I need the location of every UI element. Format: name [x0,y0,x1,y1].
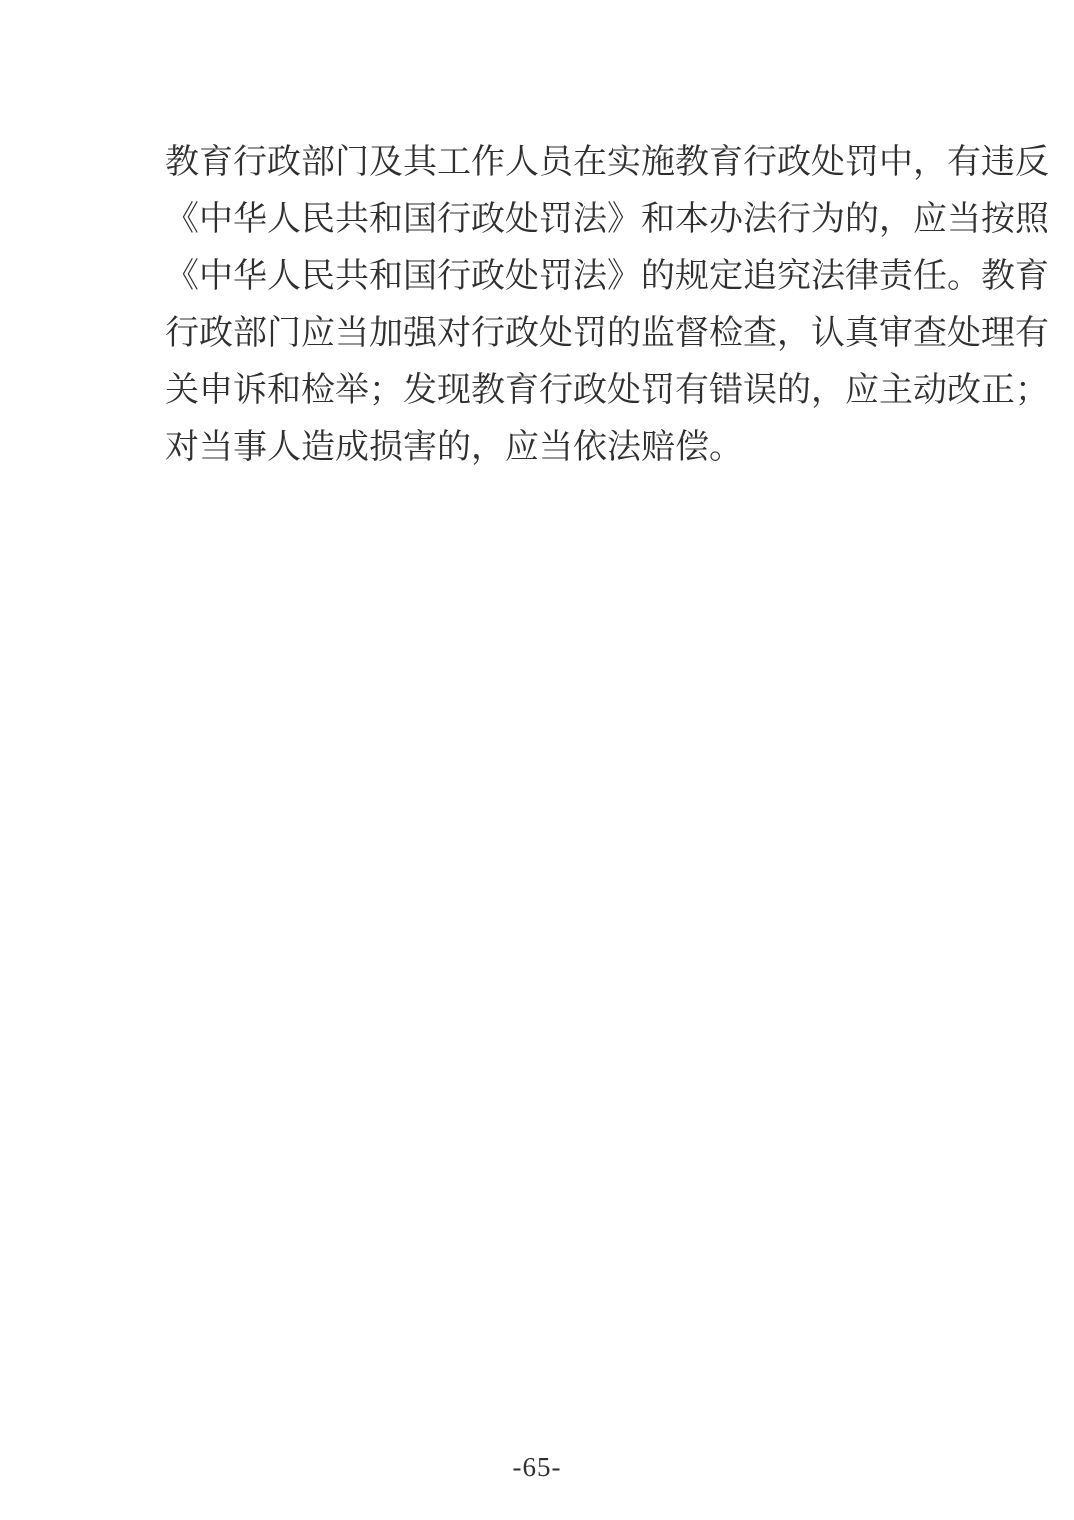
paragraph-line: 行政部门应当加强对行政处罚的监督检查，认真审查处理有 [165,305,906,362]
paragraph-line: 关申诉和检举；发现教育行政处罚有错误的，应主动改正； [165,362,906,419]
page-number: -65- [0,1452,1074,1482]
paragraph-line: 教育行政部门及其工作人员在实施教育行政处罚中，有违反 [165,134,906,191]
paragraph-line: 《中华人民共和国行政处罚法》的规定追究法律责任。教育 [165,248,906,305]
paragraph-line: 《中华人民共和国行政处罚法》和本办法行为的，应当按照 [165,191,906,248]
paragraph-line: 对当事人造成损害的，应当依法赔偿。 [165,419,906,476]
document-page: 教育行政部门及其工作人员在实施教育行政处罚中，有违反 《中华人民共和国行政处罚法… [0,0,1074,1520]
body-paragraph: 教育行政部门及其工作人员在实施教育行政处罚中，有违反 《中华人民共和国行政处罚法… [165,134,906,476]
